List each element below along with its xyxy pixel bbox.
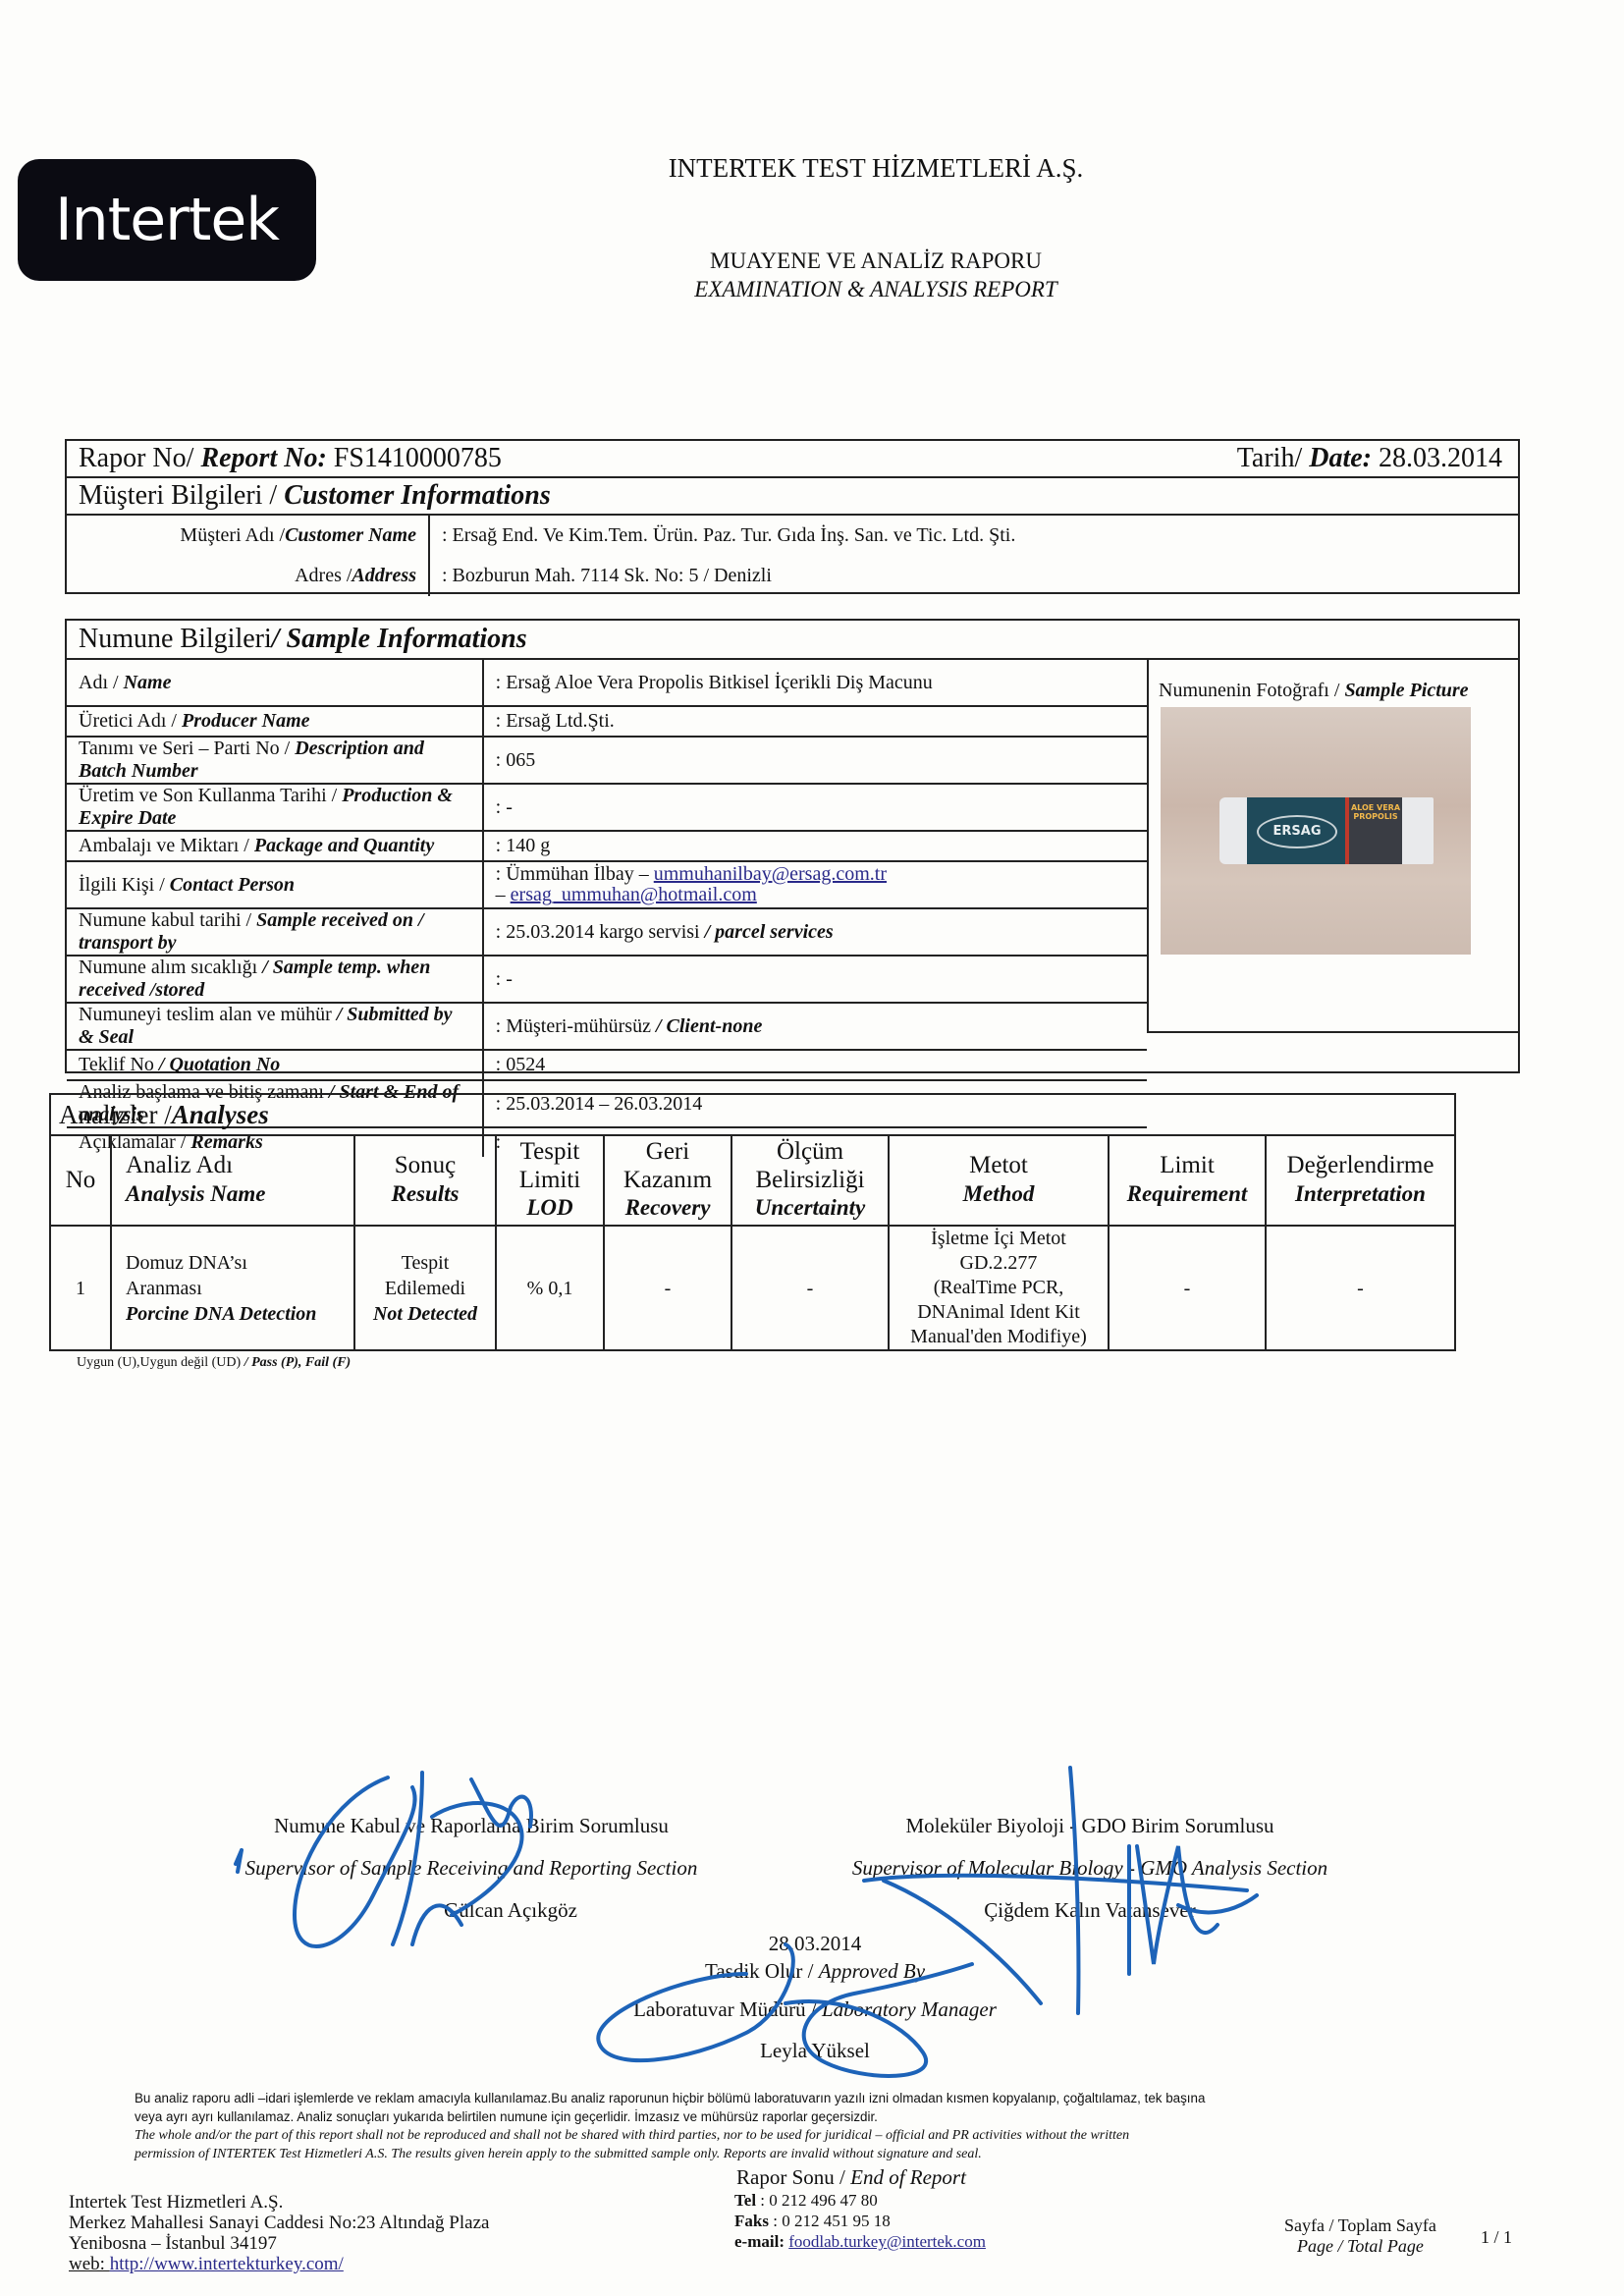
customer-address-label: Adres / Address bbox=[67, 556, 430, 596]
end-of-report: Rapor Sonu / End of Report bbox=[0, 2165, 1624, 2190]
report-title-tr: MUAYENE VE ANALİZ RAPORU bbox=[0, 248, 1624, 274]
sample-photo: ERSAG ALOE VERA PROPOLIS bbox=[1161, 707, 1471, 955]
signer-name: Leyla Yüksel bbox=[589, 2033, 1041, 2068]
page-count: 1 / 1 bbox=[1481, 2227, 1512, 2248]
col-lod: Tespit LimitiLOD bbox=[496, 1136, 604, 1226]
signature-receiving: Numune Kabul ve Raporlama Birim Sorumlus… bbox=[216, 1805, 727, 1932]
col-method: MetotMethod bbox=[889, 1136, 1109, 1226]
report-info-box: Rapor No/ Report No: FS1410000785 Tarih/… bbox=[65, 439, 1520, 594]
sample-row-contact: İlgili Kişi / Contact Person : Ümmühan İ… bbox=[67, 861, 1147, 908]
customer-name-label: Müşteri Adı / Customer Name bbox=[67, 516, 430, 556]
sample-row-batch: Tanımı ve Seri – Parti No / Description … bbox=[67, 737, 1147, 784]
sample-info-table: Adı / Name : Ersağ Aloe Vera Propolis Bi… bbox=[67, 660, 1147, 1157]
sample-picture-label: Numunenin Fotoğrafı / Sample Picture bbox=[1159, 680, 1469, 702]
toothpaste-tube-image: ERSAG ALOE VERA PROPOLIS bbox=[1219, 797, 1434, 864]
col-uncertainty: Ölçüm BelirsizliğiUncertainty bbox=[731, 1136, 889, 1226]
customer-name-value: : Ersağ End. Ve Kim.Tem. Ürün. Paz. Tur.… bbox=[430, 524, 1015, 547]
report-date-value: 28.03.2014 bbox=[1379, 443, 1502, 473]
signature-approval: 28.03.2014 Tasdik Olur / Approved By Lab… bbox=[589, 1931, 1041, 2068]
sample-row-quotation: Teklif No / Quotation No : 0524 bbox=[67, 1050, 1147, 1080]
company-name: INTERTEK TEST HİZMETLERİ A.Ş. bbox=[0, 153, 1624, 184]
sample-section-title: Numune Bilgileri / Sample Informations bbox=[67, 621, 1518, 660]
footer-contact: Tel : 0 212 496 47 80 Faks : 0 212 451 9… bbox=[734, 2190, 986, 2252]
report-date: Tarih/ Date: 28.03.2014 bbox=[1237, 443, 1502, 474]
analyses-table: No Analiz AdıAnalysis Name SonuçResults … bbox=[51, 1136, 1454, 1349]
sample-row-name: Adı / Name : Ersağ Aloe Vera Propolis Bi… bbox=[67, 660, 1147, 706]
col-analysis-name: Analiz AdıAnalysis Name bbox=[111, 1136, 354, 1226]
customer-address-row: Adres / Address : Bozburun Mah. 7114 Sk.… bbox=[67, 556, 1518, 596]
analyses-section-title: Analizler / Analyses bbox=[51, 1095, 1454, 1136]
sample-row-submitted: Numuneyi teslim alan ve mühür / Submitte… bbox=[67, 1003, 1147, 1050]
col-requirement: LimitRequirement bbox=[1109, 1136, 1266, 1226]
customer-address-value: : Bozburun Mah. 7114 Sk. No: 5 / Denizli bbox=[430, 565, 772, 587]
sample-row-received: Numune kabul tarihi / Sample received on… bbox=[67, 908, 1147, 956]
analyses-box: Analizler / Analyses No Analiz AdıAnalys… bbox=[49, 1093, 1456, 1351]
sample-row-temp: Numune alım sıcaklığı / Sample temp. whe… bbox=[67, 956, 1147, 1003]
email-link[interactable]: foodlab.turkey@intertek.com bbox=[788, 2232, 986, 2251]
col-no: No bbox=[51, 1136, 111, 1226]
signer-name: Çiğdem Kalın Vatansever bbox=[815, 1889, 1365, 1932]
signer-name: Gülcan Açıkgöz bbox=[216, 1889, 727, 1932]
sample-row-producer: Üretici Adı / Producer Name : Ersağ Ltd.… bbox=[67, 706, 1147, 737]
report-title-en: EXAMINATION & ANALYSIS REPORT bbox=[0, 277, 1624, 302]
pass-fail-legend: Uygun (U),Uygun değil (UD) / Pass (P), F… bbox=[77, 1355, 351, 1371]
report-number: Rapor No/ Report No: FS1410000785 bbox=[79, 443, 502, 474]
footer-address: Intertek Test Hizmetleri A.Ş. Merkez Mah… bbox=[69, 2192, 489, 2274]
sample-name-value: : Ersağ Aloe Vera Propolis Bitkisel İçer… bbox=[483, 660, 1147, 706]
col-recovery: Geri KazanımRecovery bbox=[604, 1136, 731, 1226]
contact-email-link-2[interactable]: ersag_ummuhan@hotmail.com bbox=[511, 884, 757, 905]
contact-email-link[interactable]: ummuhanilbay@ersag.com.tr bbox=[654, 863, 887, 885]
signature-molecular: Moleküler Biyoloji - GDO Birim Sorumlusu… bbox=[815, 1805, 1365, 1932]
col-interpretation: DeğerlendirmeInterpretation bbox=[1266, 1136, 1454, 1226]
report-number-row: Rapor No/ Report No: FS1410000785 Tarih/… bbox=[67, 441, 1518, 478]
sample-picture-panel: Numunenin Fotoğrafı / Sample Picture ERS… bbox=[1147, 660, 1520, 1033]
disclaimer: Bu analiz raporu adli –idari işlemlerde … bbox=[135, 2089, 1509, 2163]
report-number-value: FS1410000785 bbox=[334, 443, 502, 473]
col-results: SonuçResults bbox=[354, 1136, 496, 1226]
customer-section-title: Müşteri Bilgileri / Customer Information… bbox=[67, 478, 1518, 516]
analysis-row: 1 Domuz DNA’sıAranmasıPorcine DNA Detect… bbox=[51, 1226, 1454, 1349]
sample-row-dates: Üretim ve Son Kullanma Tarihi / Producti… bbox=[67, 784, 1147, 831]
logo-text: Intertek bbox=[55, 186, 279, 254]
website-link[interactable]: http://www.intertekturkey.com/ bbox=[110, 2254, 344, 2274]
analyses-header-row: No Analiz AdıAnalysis Name SonuçResults … bbox=[51, 1136, 1454, 1226]
page-label: Sayfa / Toplam Sayfa Page / Total Page bbox=[1284, 2215, 1436, 2257]
customer-name-row: Müşteri Adı / Customer Name : Ersağ End.… bbox=[67, 516, 1518, 556]
sample-row-package: Ambalajı ve Miktarı / Package and Quanti… bbox=[67, 831, 1147, 861]
sample-info-box: Numune Bilgileri / Sample Informations A… bbox=[65, 619, 1520, 1073]
